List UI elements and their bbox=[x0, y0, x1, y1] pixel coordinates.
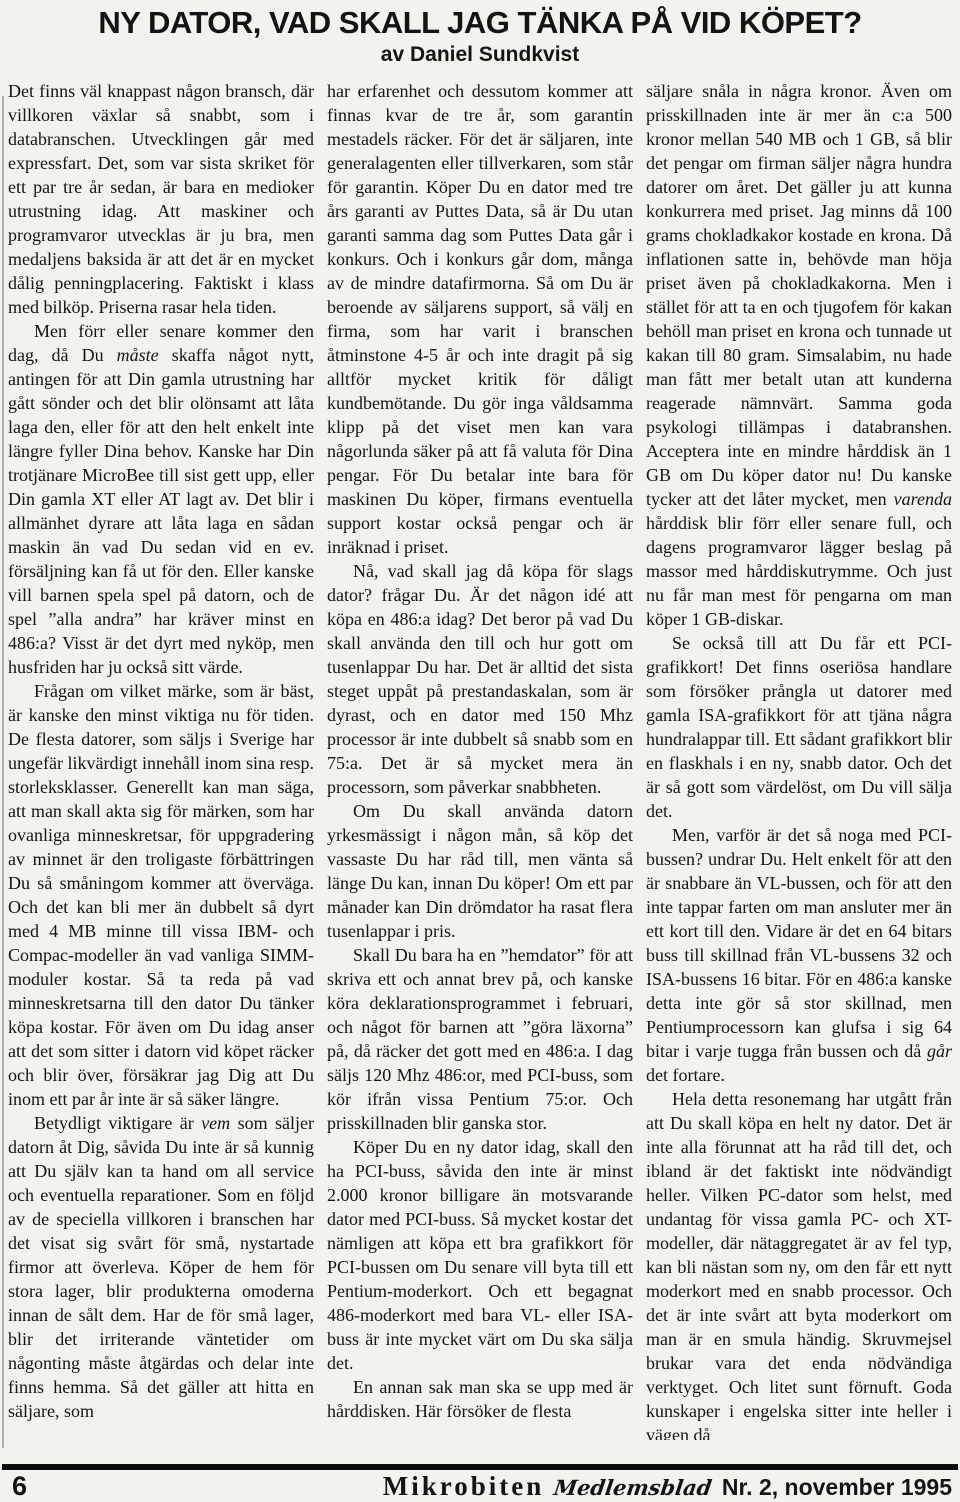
body-text: Det finns väl knappast någon bransch, dä… bbox=[8, 81, 314, 317]
magazine-title: Mikrobiten bbox=[383, 1472, 545, 1500]
body-text: En annan sak man ska se upp med är hårdd… bbox=[327, 1377, 633, 1421]
body-text: skaffa något nytt, antingen för att Din … bbox=[8, 345, 314, 677]
article-paragraph: Det finns väl knappast någon bransch, dä… bbox=[8, 79, 314, 319]
body-text: har erfarenhet och dessutom kommer att f… bbox=[327, 81, 633, 557]
body-text: säljare snåla in några kronor. Även om p… bbox=[646, 81, 952, 509]
article-paragraph: Nå, vad skall jag då köpa för slags dato… bbox=[327, 559, 633, 799]
article-paragraph: Se också till att Du får ett PCI-grafikk… bbox=[646, 631, 952, 823]
emphasized-text: vem bbox=[201, 1113, 230, 1133]
emphasized-text: går bbox=[927, 1041, 952, 1061]
page-number: 6 bbox=[12, 1472, 27, 1500]
article-paragraph: Betydligt viktigare är vem som säljer da… bbox=[8, 1111, 314, 1423]
body-text: Frågan om vilket märke, som är bäst, är … bbox=[8, 681, 314, 1109]
body-text: Men, varför är det så noga med PCI-busse… bbox=[646, 825, 952, 1061]
body-text: Nå, vad skall jag då köpa för slags dato… bbox=[327, 561, 633, 797]
issue-info: Nr. 2, november 1995 bbox=[722, 1473, 952, 1501]
article-paragraph: Hela detta resonemang har utgått från at… bbox=[646, 1087, 952, 1440]
article-byline: av Daniel Sundkvist bbox=[0, 42, 960, 68]
article-paragraph: Om Du skall använda datorn yrkesmässigt … bbox=[327, 799, 633, 943]
body-text: Skall Du bara ha en ”hemdator” för att s… bbox=[327, 945, 633, 1133]
magazine-subtitle: Medlemsblad bbox=[552, 1475, 713, 1500]
article-column-2: har erfarenhet och dessutom kommer att f… bbox=[327, 79, 633, 1440]
emphasized-text: varenda bbox=[894, 489, 952, 509]
page-footer: 6 Mikrobiten Medlemsblad Nr. 2, november… bbox=[0, 1464, 960, 1502]
body-text: hårddisk blir förr eller senare full, oc… bbox=[646, 513, 952, 629]
article-header: NY DATOR, VAD SKALL JAG TÄNKA PÅ VID KÖP… bbox=[0, 0, 960, 68]
article-paragraph: Frågan om vilket märke, som är bäst, är … bbox=[8, 679, 314, 1111]
emphasized-text: måste bbox=[117, 345, 159, 365]
footer-row: 6 Mikrobiten Medlemsblad Nr. 2, november… bbox=[0, 1470, 960, 1502]
body-text: Se också till att Du får ett PCI-grafikk… bbox=[646, 633, 952, 821]
body-text: Köper Du en ny dator idag, skall den ha … bbox=[327, 1137, 633, 1373]
footer-title-group: Mikrobiten Medlemsblad Nr. 2, november 1… bbox=[383, 1472, 952, 1501]
article-paragraph: En annan sak man ska se upp med är hårdd… bbox=[327, 1375, 633, 1423]
article-column-1: Det finns väl knappast någon bransch, dä… bbox=[8, 79, 314, 1440]
article-paragraph: Men, varför är det så noga med PCI-busse… bbox=[646, 823, 952, 1087]
article-body: Det finns väl knappast någon bransch, dä… bbox=[0, 68, 960, 1440]
article-paragraph: säljare snåla in några kronor. Även om p… bbox=[646, 79, 952, 631]
magazine-page: NY DATOR, VAD SKALL JAG TÄNKA PÅ VID KÖP… bbox=[0, 0, 960, 1502]
article-column-3: säljare snåla in några kronor. Även om p… bbox=[646, 79, 952, 1440]
article-paragraph: har erfarenhet och dessutom kommer att f… bbox=[327, 79, 633, 559]
body-text: det fortare. bbox=[646, 1065, 725, 1085]
article-paragraph: Köper Du en ny dator idag, skall den ha … bbox=[327, 1135, 633, 1375]
article-title: NY DATOR, VAD SKALL JAG TÄNKA PÅ VID KÖP… bbox=[0, 5, 960, 41]
scan-edge-artifact bbox=[2, 96, 4, 1448]
article-paragraph: Men förr eller senare kommer den dag, då… bbox=[8, 319, 314, 679]
body-text: Hela detta resonemang har utgått från at… bbox=[646, 1089, 952, 1440]
body-text: Betydligt viktigare är bbox=[34, 1113, 201, 1133]
article-paragraph: Skall Du bara ha en ”hemdator” för att s… bbox=[327, 943, 633, 1135]
body-text: som säljer datorn åt Dig, såvida Du inte… bbox=[8, 1113, 314, 1421]
body-text: Om Du skall använda datorn yrkesmässigt … bbox=[327, 801, 633, 941]
